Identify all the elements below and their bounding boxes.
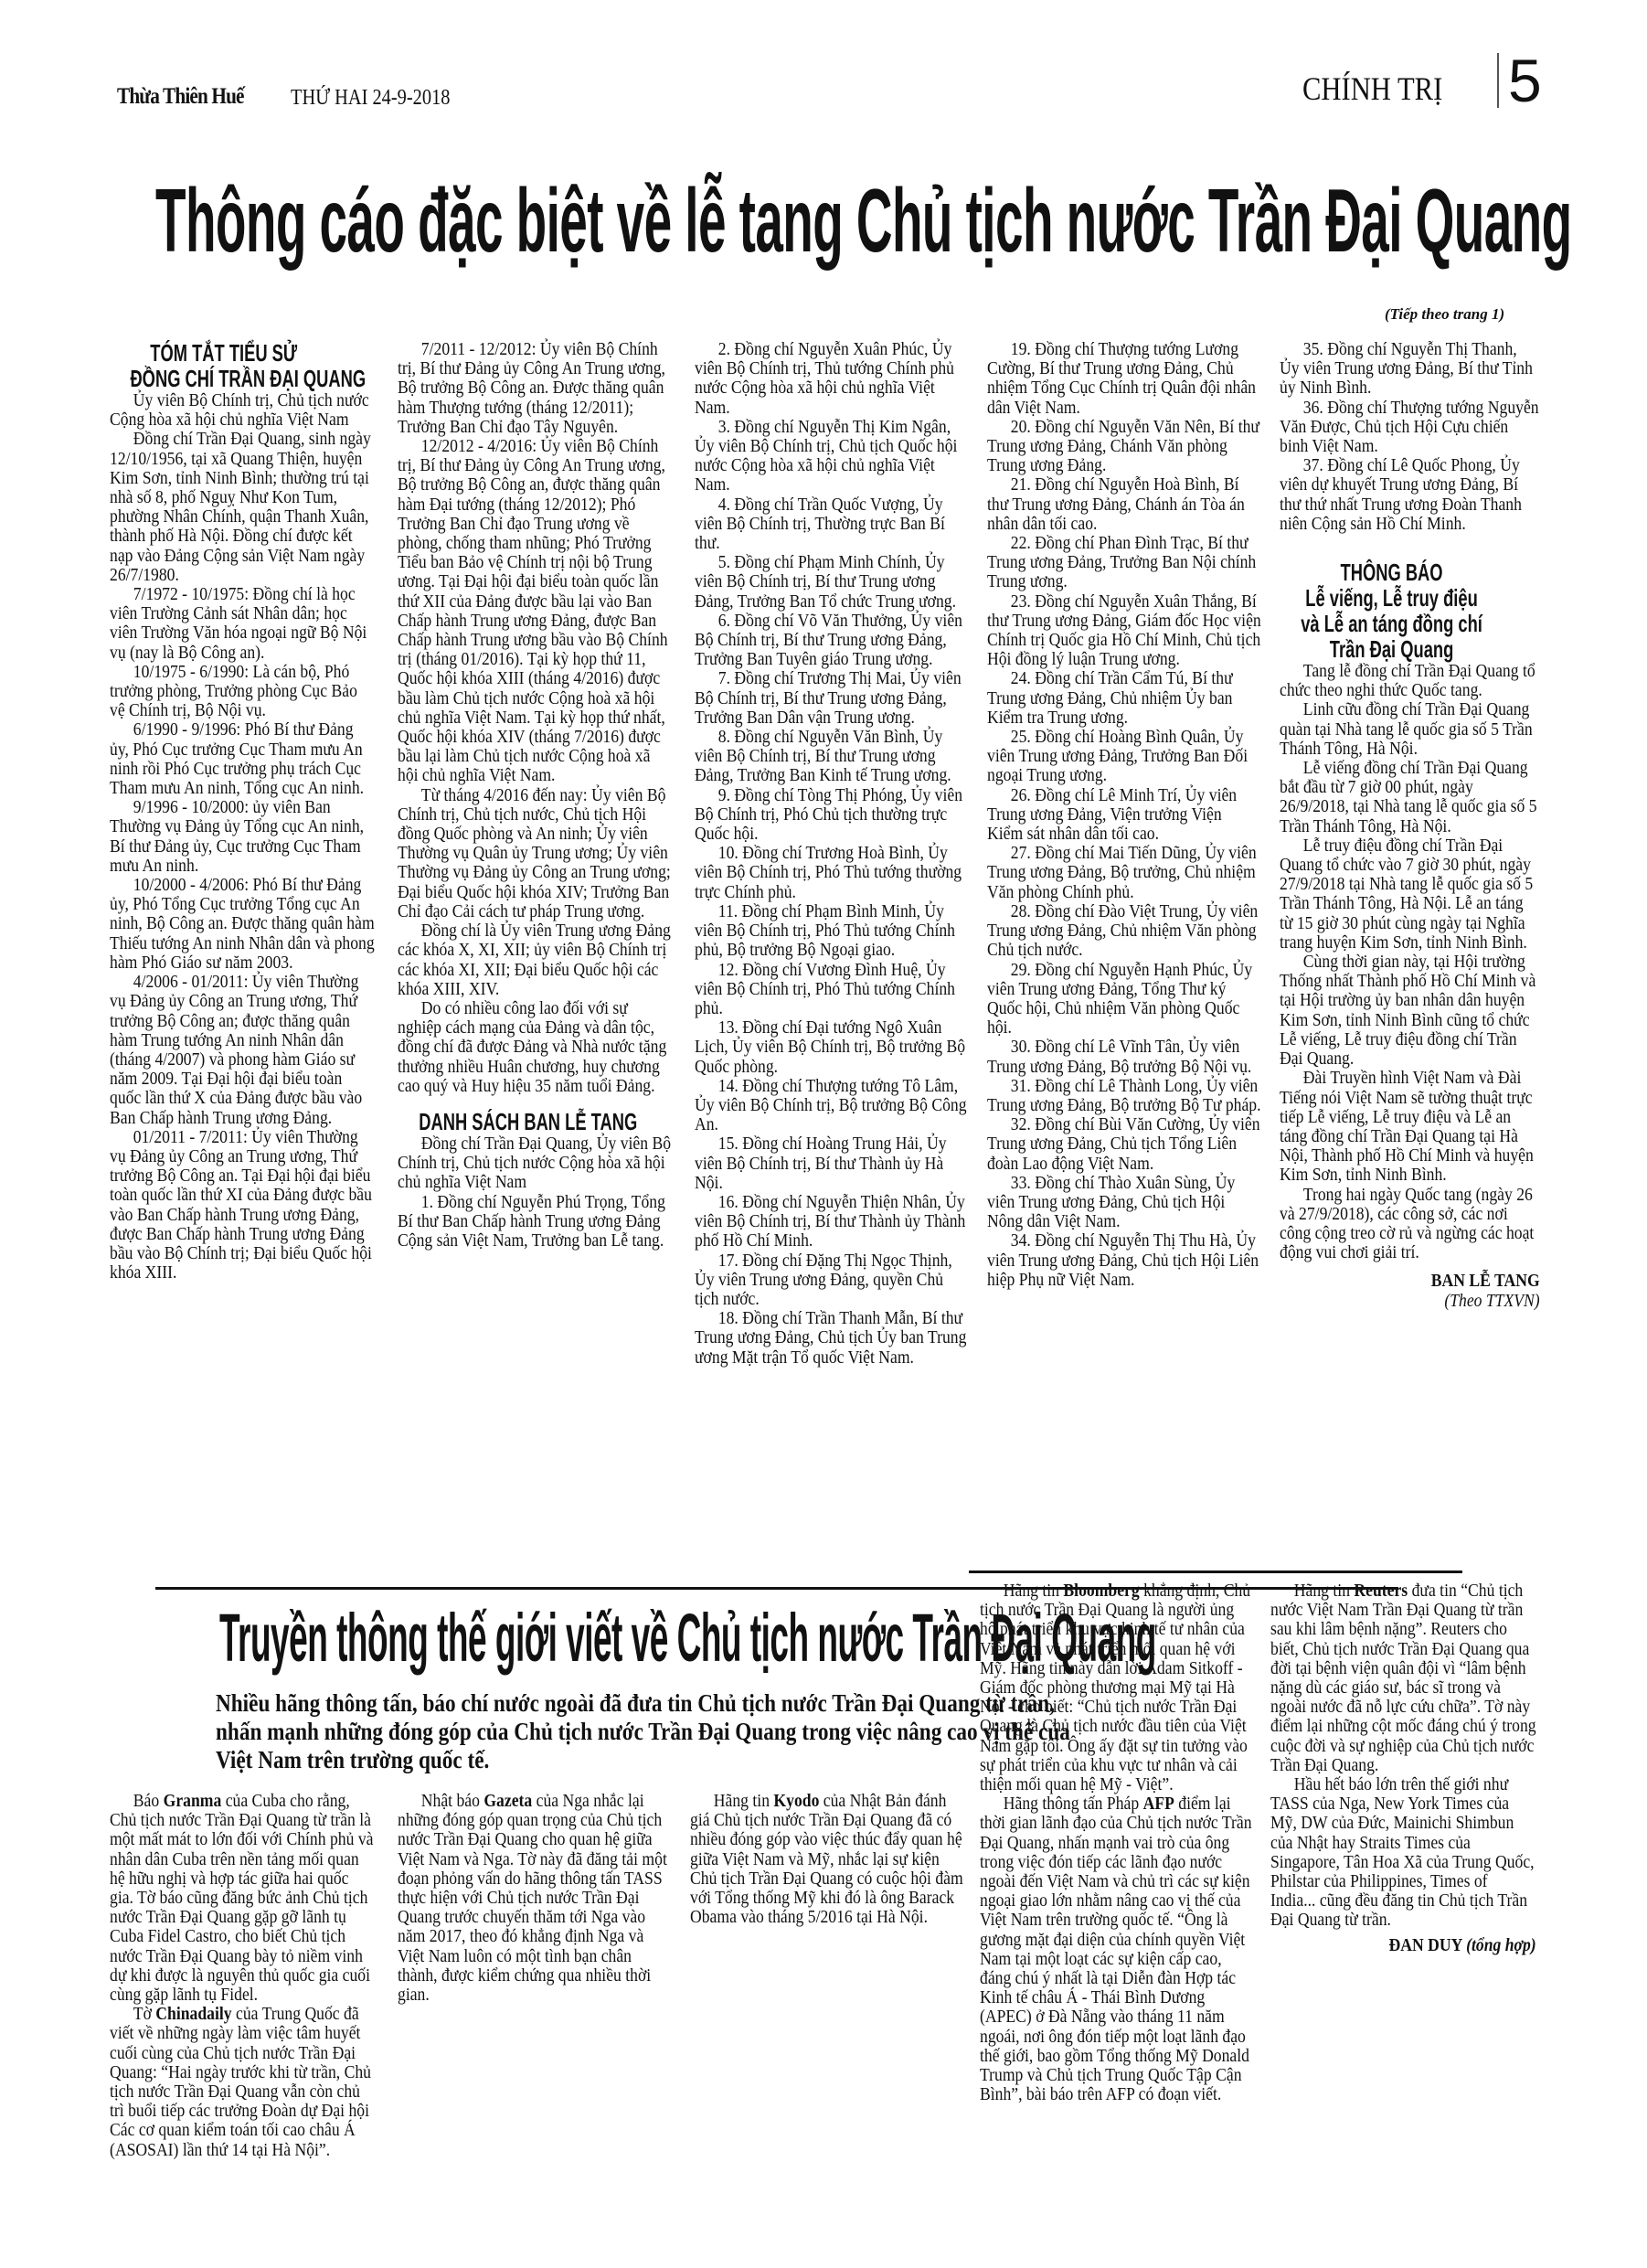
outlet-name: Granma: [164, 1791, 222, 1811]
committee-member: 13. Đồng chí Đại tướng Ngô Xuân Lịch, Ủy…: [695, 1018, 969, 1077]
committee-member: 4. Đồng chí Trần Quốc Vượng, Ủy viên Bộ …: [695, 495, 969, 554]
announcement-paragraph: Lễ truy điệu đồng chí Trần Đại Quang tổ …: [1280, 836, 1540, 953]
world-media-column-4: Hãng tin Bloomberg khẳng định, Chủ tịch …: [980, 1581, 1254, 2104]
page-number: 5: [1508, 46, 1542, 115]
biography-heading-line2: ĐỒNG CHÍ TRẦN ĐẠI QUANG: [130, 366, 317, 391]
committee-member: 11. Đồng chí Phạm Bình Minh, Ủy viên Bộ …: [695, 902, 969, 961]
committee-member: 10. Đồng chí Trương Hoà Bình, Ủy viên Bộ…: [695, 844, 969, 902]
committee-member: 37. Đồng chí Lê Quốc Phong, Ủy viên dự k…: [1280, 456, 1540, 534]
committee-member: 6. Đồng chí Võ Văn Thưởng, Ủy viên Bộ Ch…: [695, 612, 969, 670]
announcement-paragraph: Linh cữu đồng chí Trần Đại Quang quàn tạ…: [1280, 700, 1540, 759]
world-media-paragraph: Hãng tin Bloomberg khẳng định, Chủ tịch …: [980, 1581, 1254, 1794]
committee-member: 29. Đồng chí Nguyễn Hạnh Phúc, Ủy viên T…: [987, 961, 1261, 1038]
main-headline: Thông cáo đặc biệt về lễ tang Chủ tịch n…: [155, 176, 923, 265]
committee-member: 9. Đồng chí Tòng Thị Phóng, Ủy viên Bộ C…: [695, 786, 969, 845]
committee-member: 23. Đồng chí Nguyễn Xuân Thắng, Bí thư T…: [987, 592, 1261, 670]
announcement-signature: BAN LỄ TANG: [1280, 1272, 1540, 1291]
committee-member: 7. Đồng chí Trương Thị Mai, Ủy viên Bộ C…: [695, 669, 969, 728]
committee-member: 1. Đồng chí Nguyễn Phú Trọng, Tổng Bí th…: [398, 1193, 672, 1251]
biography-paragraph: 10/1975 - 6/1990: Là cán bộ, Phó trưởng …: [110, 663, 376, 721]
committee-member: 14. Đồng chí Thượng tướng Tô Lâm, Ủy viê…: [695, 1077, 969, 1135]
biography-paragraph: Do có nhiều công lao đối với sự nghiệp c…: [398, 999, 672, 1096]
biography-paragraph: 10/2000 - 4/2006: Phó Bí thư Đảng ủy, Ph…: [110, 876, 376, 973]
announcement-subheading: và Lễ an táng đồng chí: [1300, 611, 1483, 636]
world-media-paragraph: Báo Granma của Cuba cho rằng, Chủ tịch n…: [110, 1792, 376, 2005]
committee-member: 26. Đồng chí Lê Minh Trí, Ủy viên Trung …: [987, 786, 1261, 845]
second-article-lede: Nhiều hãng thông tấn, báo chí nước ngoài…: [216, 1689, 1080, 1774]
committee-member: 21. Đồng chí Nguyễn Hoà Bình, Bí thư Tru…: [987, 475, 1261, 534]
outlet-name: Gazeta: [483, 1791, 532, 1811]
funeral-committee-heading: DANH SÁCH BAN LỄ TANG: [419, 1109, 612, 1134]
committee-member: 34. Đồng chí Nguyễn Thị Thu Hà, Ủy viên …: [987, 1231, 1261, 1290]
outlet-name: Reuters: [1354, 1581, 1408, 1601]
committee-member: 17. Đồng chí Đặng Thị Ngọc Thịnh, Ủy viê…: [695, 1251, 969, 1310]
world-media-paragraph: Tờ Chinadaily của Trung Quốc đã viết về …: [110, 2005, 376, 2160]
biography-paragraph: Ủy viên Bộ Chính trị, Chủ tịch nước Cộng…: [110, 391, 376, 430]
outlet-name: AFP: [1143, 1794, 1174, 1814]
committee-member: 8. Đồng chí Nguyễn Văn Bình, Ủy viên Bộ …: [695, 728, 969, 786]
funeral-committee-intro: Đồng chí Trần Đại Quang, Ủy viên Bộ Chín…: [398, 1134, 672, 1193]
page-number-divider: [1497, 53, 1499, 108]
world-media-column-2: Nhật báo Gazeta của Nga nhắc lại những đ…: [398, 1792, 672, 2005]
biography-paragraph: 4/2006 - 01/2011: Ủy viên Thường vụ Đảng…: [110, 973, 376, 1128]
biography-column-2: 7/2011 - 12/2012: Ủy viên Bộ Chính trị, …: [398, 340, 672, 1251]
biography-paragraph: 7/1972 - 10/1975: Đồng chí là học viên T…: [110, 585, 376, 663]
committee-member: 18. Đồng chí Trần Thanh Mẫn, Bí thư Trun…: [695, 1309, 969, 1368]
biography-paragraph: 01/2011 - 7/2011: Ủy viên Thường vụ Đảng…: [110, 1128, 376, 1283]
committee-member: 22. Đồng chí Phan Đình Trạc, Bí thư Trun…: [987, 534, 1261, 592]
announcement-subheading: Lễ viếng, Lễ truy điệu: [1300, 585, 1483, 611]
outlet-name: Chinadaily: [155, 2004, 231, 2024]
world-media-paragraph: Hãng thông tấn Pháp AFP điểm lại thời gi…: [980, 1794, 1254, 2104]
committee-member: 28. Đồng chí Đào Việt Trung, Ủy viên Tru…: [987, 902, 1261, 961]
world-media-paragraph: Hãng tin Reuters đưa tin “Chủ tịch nước …: [1270, 1581, 1536, 1775]
committee-member: 3. Đồng chí Nguyễn Thị Kim Ngân, Ủy viên…: [695, 418, 969, 495]
announcement-heading: THÔNG BÁO: [1300, 559, 1483, 585]
outlet-name: Kyodo: [773, 1791, 819, 1811]
committee-member: 2. Đồng chí Nguyễn Xuân Phúc, Ủy viên Bộ…: [695, 340, 969, 418]
biography-paragraph: 12/2012 - 4/2016: Ủy viên Bộ Chính trị, …: [398, 437, 672, 786]
committee-member: 35. Đồng chí Nguyễn Thị Thanh, Ủy viên T…: [1280, 340, 1540, 399]
biography-paragraph: Từ tháng 4/2016 đến nay: Ủy viên Bộ Chín…: [398, 786, 672, 921]
world-media-column-3: Hãng tin Kyodo của Nhật Bản đánh giá Chủ…: [690, 1792, 964, 1927]
column-top-rule: [969, 1571, 1462, 1573]
paper-name: Thừa Thiên Huế: [117, 84, 244, 110]
world-media-column-5: Hãng tin Reuters đưa tin “Chủ tịch nước …: [1270, 1581, 1535, 1955]
biography-heading-line1: TÓM TẮT TIỂU SỬ: [130, 340, 317, 366]
announcement-source: (Theo TTXVN): [1280, 1292, 1540, 1311]
announcement-paragraph: Đài Truyền hình Việt Nam và Đài Tiếng nó…: [1280, 1069, 1540, 1185]
committee-member: 25. Đồng chí Hoàng Bình Quân, Ủy viên Tr…: [987, 728, 1261, 786]
committee-member: 32. Đồng chí Bùi Văn Cường, Ủy viên Trun…: [987, 1115, 1261, 1174]
committee-member: 30. Đồng chí Lê Vĩnh Tân, Ủy viên Trung …: [987, 1038, 1261, 1076]
committee-member: 15. Đồng chí Hoàng Trung Hải, Ủy viên Bộ…: [695, 1134, 969, 1193]
biography-paragraph: Đồng chí là Ủy viên Trung ương Đảng các …: [398, 921, 672, 999]
biography-paragraph: Đồng chí Trần Đại Quang, sinh ngày 12/10…: [110, 430, 376, 585]
committee-member: 16. Đồng chí Nguyễn Thiện Nhân, Ủy viên …: [695, 1193, 969, 1251]
biography-column-1: TÓM TẮT TIỂU SỬ ĐỒNG CHÍ TRẦN ĐẠI QUANG …: [110, 340, 375, 1283]
announcement-paragraph: Cùng thời gian này, tại Hội trường Thống…: [1280, 953, 1540, 1069]
committee-member: 19. Đồng chí Thượng tướng Lương Cường, B…: [987, 340, 1261, 418]
byline: ĐAN DUY (tổng hợp): [1270, 1936, 1536, 1955]
continued-from-note: (Tiếp theo trang 1): [1385, 305, 1504, 324]
announcement-paragraph: Tang lễ đồng chí Trần Đại Quang tổ chức …: [1280, 662, 1540, 700]
committee-member: 5. Đồng chí Phạm Minh Chính, Ủy viên Bộ …: [695, 553, 969, 612]
committee-column-4: 19. Đồng chí Thượng tướng Lương Cường, B…: [987, 340, 1261, 1290]
outlet-name: Bloomberg: [1063, 1581, 1139, 1601]
committee-member: 27. Đồng chí Mai Tiến Dũng, Ủy viên Trun…: [987, 844, 1261, 902]
committee-member: 31. Đồng chí Lê Thành Long, Ủy viên Trun…: [987, 1077, 1261, 1115]
committee-member: 20. Đồng chí Nguyễn Văn Nên, Bí thư Trun…: [987, 418, 1261, 476]
world-media-paragraph: Hãng tin Kyodo của Nhật Bản đánh giá Chủ…: [690, 1792, 964, 1927]
world-media-column-1: Báo Granma của Cuba cho rằng, Chủ tịch n…: [110, 1792, 375, 2160]
announcement-column-5: 35. Đồng chí Nguyễn Thị Thanh, Ủy viên T…: [1280, 340, 1540, 1311]
announcement-subheading: Trần Đại Quang: [1300, 636, 1483, 662]
biography-paragraph: 7/2011 - 12/2012: Ủy viên Bộ Chính trị, …: [398, 340, 672, 437]
issue-date: THỨ HAI 24-9-2018: [291, 86, 450, 111]
committee-member: 24. Đồng chí Trần Cẩm Tú, Bí thư Trung ư…: [987, 669, 1261, 728]
section-name: CHÍNH TRỊ: [1302, 69, 1442, 108]
committee-member: 12. Đồng chí Vương Đình Huệ, Ủy viên Bộ …: [695, 961, 969, 1019]
world-media-paragraph: Nhật báo Gazeta của Nga nhắc lại những đ…: [398, 1792, 672, 2005]
biography-paragraph: 6/1990 - 9/1996: Phó Bí thư Đảng ủy, Phó…: [110, 720, 376, 798]
announcement-paragraph: Trong hai ngày Quốc tang (ngày 26 và 27/…: [1280, 1186, 1540, 1263]
committee-column-3: 2. Đồng chí Nguyễn Xuân Phúc, Ủy viên Bộ…: [695, 340, 969, 1368]
committee-member: 33. Đồng chí Thào Xuân Sùng, Ủy viên Tru…: [987, 1174, 1261, 1232]
announcement-paragraph: Lễ viếng đồng chí Trần Đại Quang bắt đầu…: [1280, 759, 1540, 836]
biography-paragraph: 9/1996 - 10/2000: ủy viên Ban Thường vụ …: [110, 798, 376, 876]
committee-member: 36. Đồng chí Thượng tướng Nguyễn Văn Đượ…: [1280, 399, 1540, 457]
world-media-paragraph: Hầu hết báo lớn trên thế giới như TASS c…: [1270, 1775, 1536, 1931]
